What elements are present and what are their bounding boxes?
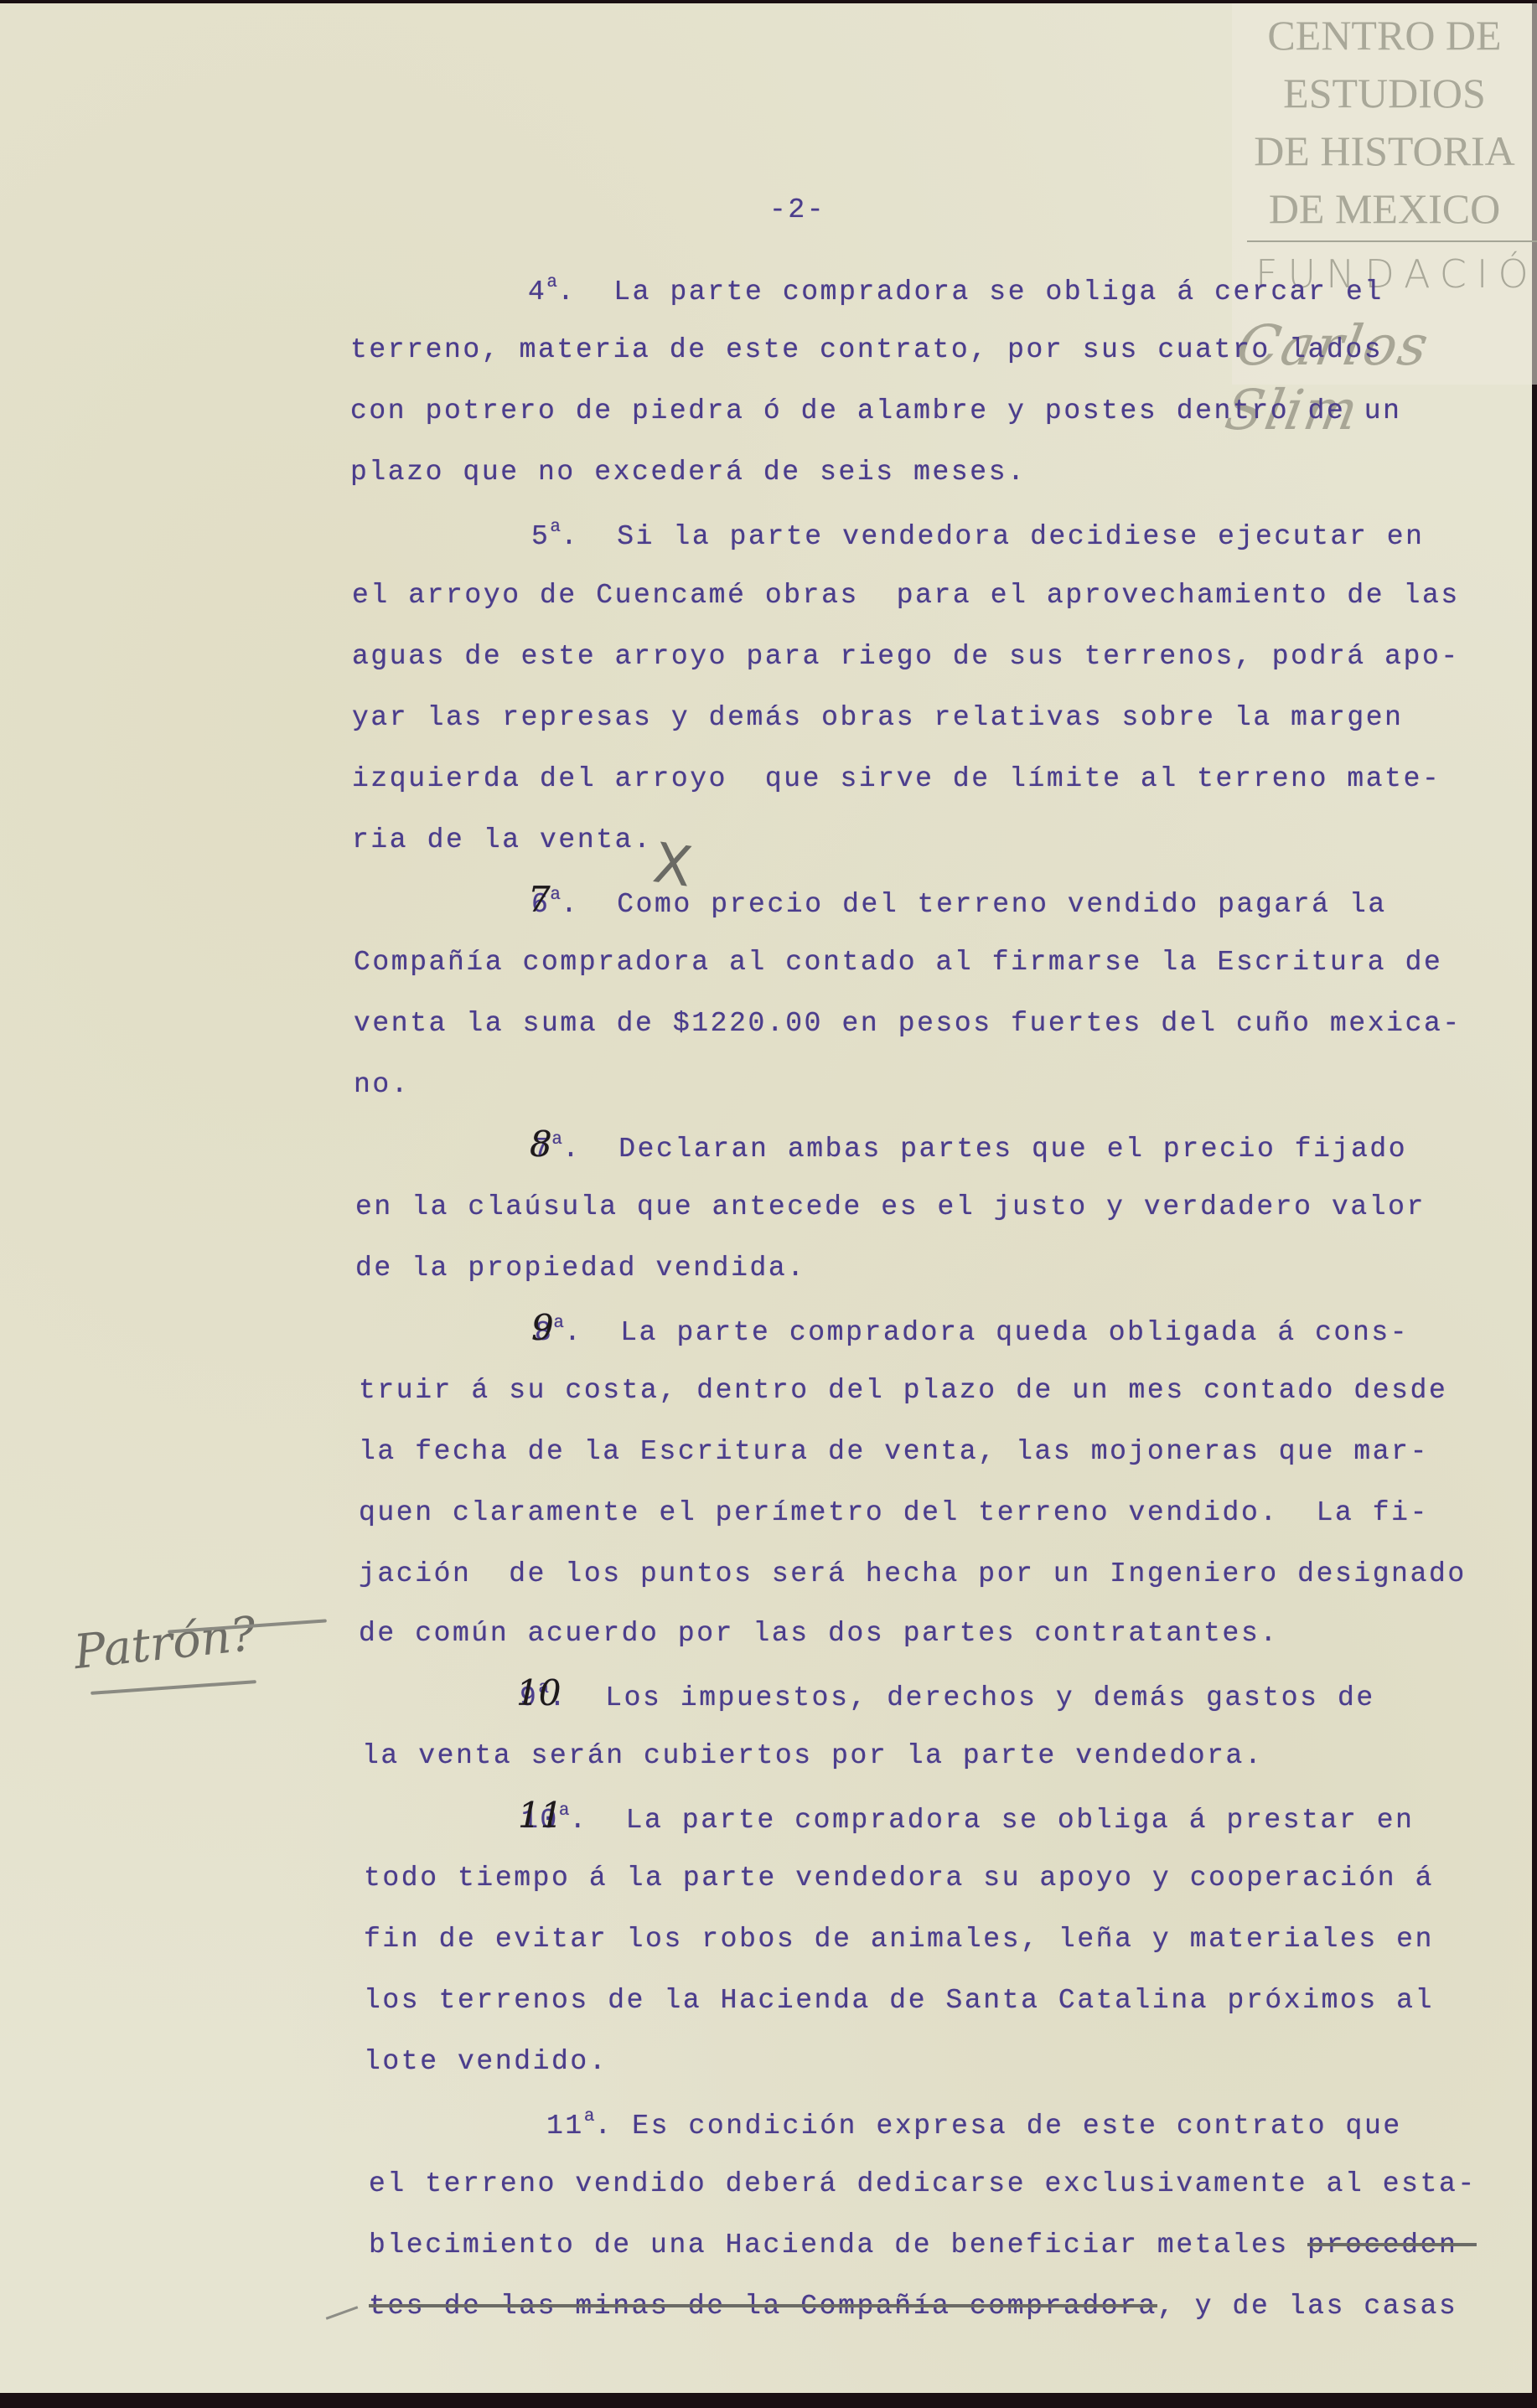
- clause-5-line-1: 5a. Si la parte vendedora decidiese ejec…: [531, 518, 1425, 552]
- clause-9-line-2: truir á su costa, dentro del plazo de un…: [359, 1375, 1447, 1406]
- handwritten-number-correction: 8: [530, 1124, 552, 1165]
- handwritten-number-correction: 11: [518, 1795, 562, 1836]
- struck-text: proceden-: [1307, 2230, 1477, 2261]
- clause-5-line-5: izquierda del arroyo que sirve de límite…: [352, 763, 1441, 794]
- clause-4-line-4: plazo que no excederá de seis meses.: [350, 457, 1027, 488]
- watermark-divider: [1247, 240, 1537, 242]
- clause-8-line-3: de la propiedad vendida.: [355, 1253, 806, 1284]
- clause-12-line-3: blecimiento de una Hacienda de beneficia…: [369, 2230, 1477, 2261]
- clause-11-line-1: 1011a. La parte compradora se obliga á p…: [521, 1801, 1415, 1836]
- struck-text: tes de las minas de la Compañía comprado…: [369, 2291, 1157, 2322]
- clause-10-line-2: la venta serán cubiertos por la parte ve…: [362, 1740, 1263, 1771]
- page-number: -2-: [769, 194, 825, 225]
- clause-5-line-4: yar las represas y demás obras relativas…: [352, 702, 1404, 733]
- watermark-line-1: CENTRO DE: [1232, 7, 1537, 65]
- clause-5-line-2: el arroyo de Cuencamé obras para el apro…: [352, 580, 1460, 611]
- pencil-underline: [91, 1680, 256, 1695]
- handwritten-number-correction: 10: [516, 1672, 561, 1713]
- handwritten-number-correction: 7: [528, 879, 551, 920]
- watermark-line-2: ESTUDIOS: [1232, 65, 1537, 122]
- margin-pencil-note: Patrón?: [71, 1607, 258, 1680]
- clause-11-line-4: los terrenos de la Hacienda de Santa Cat…: [364, 1985, 1434, 2016]
- clause-11-line-2: todo tiempo á la parte vendedora su apoy…: [364, 1863, 1434, 1894]
- clause-9-line-4: quen claramente el perímetro del terreno…: [359, 1497, 1429, 1528]
- watermark-line-4: DE MEXICO: [1232, 180, 1537, 238]
- clause-5-line-6: ria de la venta.: [352, 824, 652, 855]
- clause-12-line-2: el terreno vendido deberá dedicarse excl…: [369, 2168, 1477, 2199]
- watermark-line-3: DE HISTORIA: [1232, 122, 1537, 180]
- clause-4-line-3: con potrero de piedra ó de alambre y pos…: [350, 395, 1402, 426]
- clause-12-line-1: 11a. Es condición expresa de este contra…: [546, 2107, 1402, 2142]
- clause-number: 4: [528, 276, 546, 307]
- document-page: CENTRO DE ESTUDIOS DE HISTORIA DE MEXICO…: [0, 3, 1532, 2393]
- handwritten-number-correction: 9: [531, 1307, 554, 1348]
- clause-8-line-2: en la claúsula que antecede es el justo …: [355, 1191, 1426, 1222]
- clause-9-line-6: de común acuerdo por las dos partes cont…: [359, 1618, 1279, 1649]
- clause-10-line-1: 910a. Los impuestos, derechos y demás ga…: [520, 1679, 1375, 1713]
- clause-9-line-1: 89a. La parte compradora queda obligada …: [535, 1314, 1409, 1348]
- clause-7-line-4: no.: [354, 1069, 410, 1100]
- clause-7-line-2: Compañía compradora al contado al firmar…: [354, 947, 1442, 978]
- clause-11-line-5: lote vendido.: [364, 2046, 608, 2077]
- clause-8-line-1: 78a. Declaran ambas partes que el precio…: [533, 1130, 1407, 1165]
- clause-4-line-2: terreno, materia de este contrato, por s…: [350, 334, 1383, 365]
- clause-9-line-3: la fecha de la Escritura de venta, las m…: [359, 1436, 1429, 1467]
- clause-7-line-1: 67a. Como precio del terreno vendido pag…: [531, 886, 1387, 920]
- clause-9-line-5: jación de los puntos será hecha por un I…: [359, 1558, 1467, 1589]
- clause-12-line-4: tes de las minas de la Compañía comprado…: [369, 2291, 1457, 2322]
- pencil-arrow-mark: [326, 2306, 359, 2320]
- clause-7-line-3: venta la suma de $1220.00 en pesos fuert…: [354, 1008, 1462, 1039]
- clause-11-line-3: fin de evitar los robos de animales, leñ…: [364, 1924, 1434, 1955]
- clause-4-line-1: 4a. La parte compradora se obliga á cerc…: [528, 273, 1384, 307]
- clause-5-line-3: aguas de este arroyo para riego de sus t…: [352, 641, 1460, 672]
